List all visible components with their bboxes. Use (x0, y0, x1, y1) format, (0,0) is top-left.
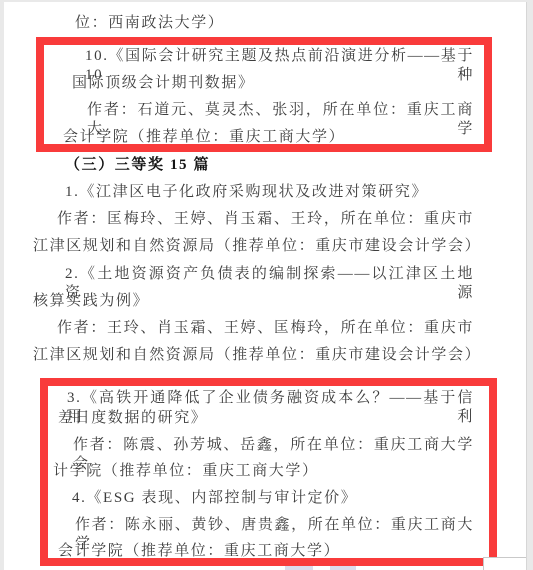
item-2-title-line-2: 核算实践为例》 (33, 292, 149, 311)
prev-item-affiliation-tail: 位：西南政法大学） (75, 14, 224, 33)
page-left-margin (0, 0, 4, 570)
item-10-authors-line-2: 会计学院（推荐单位：重庆工商大学） (63, 128, 345, 147)
item-4-authors-line-2: 会计学院（推荐单位：重庆工商大学） (58, 542, 340, 561)
page-top-margin (0, 0, 533, 2)
item-1-authors-line-1: 作者：匡梅玲、王婷、肖玉霜、王玲，所在单位：重庆市 (57, 210, 474, 229)
item-4-title: 4.《ESG 表现、内部控制与审计定价》 (72, 489, 357, 508)
section-heading: （三）三等奖 15 篇 (65, 156, 210, 175)
cropped-ui-fragment-1 (285, 566, 313, 570)
cropped-ui-fragment-2 (330, 566, 356, 570)
item-3-authors-line-2: 计学院（推荐单位：重庆工商大学） (53, 462, 319, 481)
item-2-authors-line-1: 作者：王玲、肖玉霜、王婷、匡梅玲，所在单位：重庆市 (57, 319, 474, 338)
document-page: 位：西南政法大学）10.《国际会计研究主题及热点前沿演进分析——基于 10 种国… (4, 2, 526, 570)
item-2-authors-line-2: 江津区规划和自然资源局（推荐单位：重庆市建设会计学会） (33, 346, 474, 365)
item-1-authors-line-2: 江津区规划和自然资源局（推荐单位：重庆市建设会计学会） (33, 237, 474, 256)
item-1-title: 1.《江津区电子化政府采购现状及改进对策研究》 (65, 183, 428, 202)
item-10-title-line-2: 国际顶级会计期刊数据》 (72, 74, 255, 93)
item-3-title-line-2: 差日度数据的研究》 (58, 409, 207, 428)
page-right-margin (526, 0, 533, 570)
screenshot-viewport: 位：西南政法大学）10.《国际会计研究主题及热点前沿演进分析——基于 10 种国… (0, 0, 533, 570)
